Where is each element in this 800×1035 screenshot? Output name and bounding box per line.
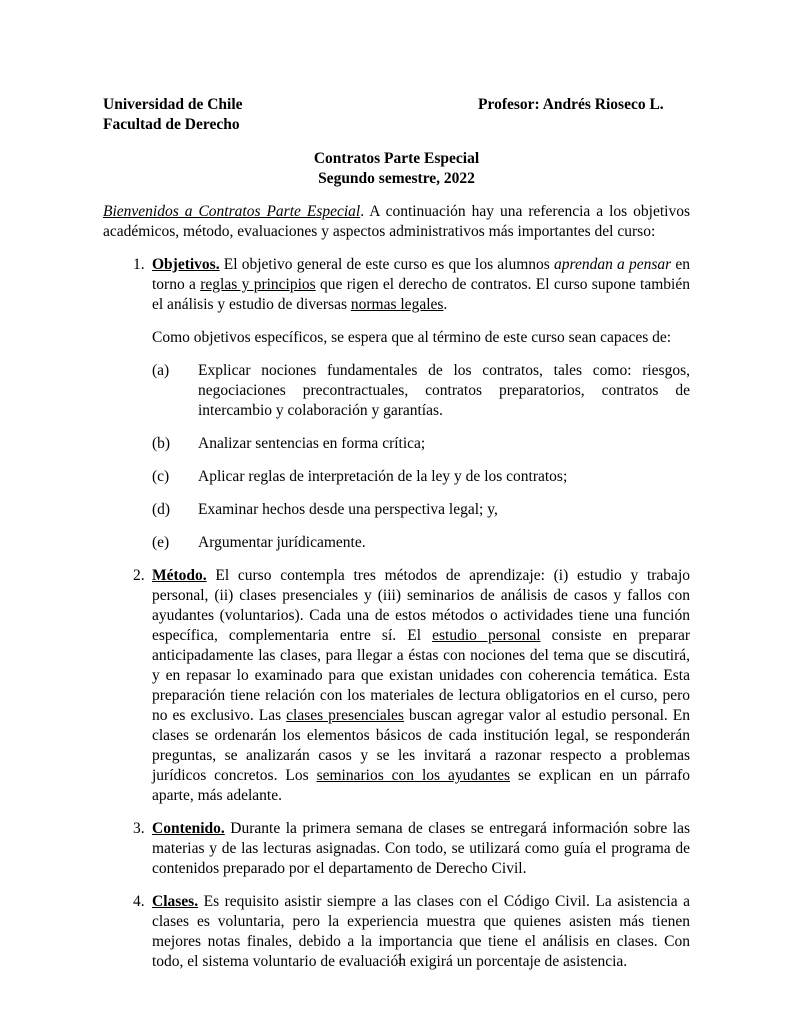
list-item: 1.Objetivos. El objetivo general de este… xyxy=(103,255,690,553)
text-run: Durante la primera semana de clases se e… xyxy=(152,820,690,877)
list-item: 2.Método. El curso contempla tres método… xyxy=(103,566,690,806)
numbered-list: 1.Objetivos. El objetivo general de este… xyxy=(103,255,690,972)
professor-name: Profesor: Andrés Rioseco L. xyxy=(478,95,664,115)
item-paragraph: Método. El curso contempla tres métodos … xyxy=(152,566,690,806)
document-page: Universidad de Chile Facultad de Derecho… xyxy=(0,0,800,1035)
text-run: Argumentar jurídicamente. xyxy=(198,534,366,551)
text-run: . xyxy=(443,296,447,313)
item-body: Contenido. Durante la primera semana de … xyxy=(152,819,690,879)
item-paragraph: Contenido. Durante la primera semana de … xyxy=(152,819,690,879)
text-run: estudio personal xyxy=(432,627,540,644)
subitem-text: Argumentar jurídicamente. xyxy=(198,533,690,553)
lettered-subitem: (c)Aplicar reglas de interpretación de l… xyxy=(152,467,690,487)
lettered-subitem: (a)Explicar nociones fundamentales de lo… xyxy=(152,361,690,421)
text-run: Contenido. xyxy=(152,820,225,837)
text-run: Como objetivos específicos, se espera qu… xyxy=(152,329,671,346)
course-title: Contratos Parte Especial xyxy=(103,149,690,169)
item-body: Objetivos. El objetivo general de este c… xyxy=(152,255,690,553)
text-run: Bienvenidos a Contratos Parte Especial xyxy=(103,203,360,220)
text-run: clases presenciales xyxy=(286,707,404,724)
lettered-subitem: (b)Analizar sentencias en forma crítica; xyxy=(152,434,690,454)
subitem-letter: (d) xyxy=(152,500,198,520)
course-semester: Segundo semestre, 2022 xyxy=(103,169,690,189)
document-title-block: Contratos Parte Especial Segundo semestr… xyxy=(103,149,690,189)
subitem-text: Analizar sentencias en forma crítica; xyxy=(198,434,690,454)
document-header: Universidad de Chile Facultad de Derecho… xyxy=(103,95,690,135)
subitem-letter: (b) xyxy=(152,434,198,454)
item-paragraph: Objetivos. El objetivo general de este c… xyxy=(152,255,690,315)
subitem-text: Examinar hechos desde una perspectiva le… xyxy=(198,500,690,520)
item-number: 1. xyxy=(103,255,152,553)
intro-paragraph: Bienvenidos a Contratos Parte Especial. … xyxy=(103,202,690,242)
text-run: Objetivos. xyxy=(152,256,220,273)
item-number: 3. xyxy=(103,819,152,879)
faculty-name: Facultad de Derecho xyxy=(103,115,690,135)
page-number: 1 xyxy=(0,950,800,970)
lettered-subitem: (e)Argumentar jurídicamente. xyxy=(152,533,690,553)
item-number: 2. xyxy=(103,566,152,806)
text-run: El objetivo general de este curso es que… xyxy=(220,256,554,273)
text-run: Explicar nociones fundamentales de los c… xyxy=(198,362,690,419)
text-run: Analizar sentencias en forma crítica; xyxy=(198,435,425,452)
item-body: Método. El curso contempla tres métodos … xyxy=(152,566,690,806)
lettered-subitem: (d)Examinar hechos desde una perspectiva… xyxy=(152,500,690,520)
text-run: Examinar hechos desde una perspectiva le… xyxy=(198,501,498,518)
text-run: Clases. xyxy=(152,893,198,910)
text-run: Aplicar reglas de interpretación de la l… xyxy=(198,468,567,485)
subitem-letter: (a) xyxy=(152,361,198,421)
list-item: 3.Contenido. Durante la primera semana d… xyxy=(103,819,690,879)
subitem-text: Explicar nociones fundamentales de los c… xyxy=(198,361,690,421)
item-paragraph: Como objetivos específicos, se espera qu… xyxy=(152,328,690,348)
text-run: reglas y principios xyxy=(200,276,315,293)
text-run: aprendan a pensar xyxy=(554,256,671,273)
text-run: Método. xyxy=(152,567,207,584)
subitem-letter: (e) xyxy=(152,533,198,553)
subitem-text: Aplicar reglas de interpretación de la l… xyxy=(198,467,690,487)
subitem-letter: (c) xyxy=(152,467,198,487)
text-run: normas legales xyxy=(351,296,444,313)
text-run: seminarios con los ayudantes xyxy=(317,767,510,784)
